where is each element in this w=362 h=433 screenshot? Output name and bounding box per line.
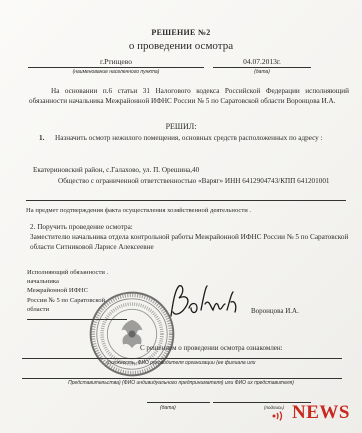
preamble-text: На основании п.6 статьи 31 Налогового ко… bbox=[29, 87, 349, 105]
scanned-document-page: РЕШЕНИЕ №2 о проведении осмотра г.Ртищев… bbox=[0, 0, 362, 433]
item-2-assignee: Заместителю начальника отдела контрольно… bbox=[30, 232, 350, 252]
news-watermark-logo: NEWS bbox=[292, 402, 350, 424]
place-caption: (наименование населенного пункта) bbox=[28, 69, 204, 75]
document-title: РЕШЕНИЕ №2 bbox=[0, 28, 362, 37]
place-field: г.Ртищево bbox=[28, 57, 204, 68]
item-1-number: 1. bbox=[39, 133, 44, 143]
ack-date-caption: (дата) bbox=[160, 405, 176, 411]
inspection-subject: На предмет подтверждения факта осуществл… bbox=[26, 207, 251, 214]
document-subtitle: о проведении осмотра bbox=[0, 40, 362, 52]
item-1-text: Назначить осмотр нежилого помещения, осн… bbox=[55, 134, 323, 142]
ack-date-line bbox=[147, 402, 210, 403]
signatory-name: Воронцова И.А. bbox=[251, 307, 299, 315]
item-2-heading: 2. Поручить проведение осмотра: bbox=[30, 223, 133, 231]
organization-details: Общество с ограниченной ответственностью… bbox=[58, 176, 348, 186]
acknowledgement-caption-2: Представительства) (ФИО индивидуального … bbox=[0, 380, 362, 386]
acknowledgement-caption-1: (должность, ФИО руководителя организации… bbox=[0, 360, 362, 366]
acknowledgement-line bbox=[22, 358, 342, 359]
signatory-line: начальника bbox=[27, 277, 127, 286]
representative-line bbox=[22, 378, 342, 379]
divider bbox=[26, 200, 346, 201]
preamble-paragraph: На основании п.6 статьи 31 Налогового ко… bbox=[29, 86, 349, 106]
handwritten-signature bbox=[165, 282, 245, 322]
inspection-address: Екатериновский район, с.Галахово, ул. П.… bbox=[33, 166, 199, 174]
item-1: 1. Назначить осмотр нежилого помещения, … bbox=[55, 133, 335, 143]
date-caption: (дата) bbox=[213, 69, 311, 75]
date-field: 04.07.2013г. bbox=[213, 57, 311, 68]
decision-heading: РЕШИЛ: bbox=[0, 122, 362, 131]
acknowledgement-text: С решением о проведении осмотра ознакомл… bbox=[140, 344, 283, 352]
signatory-line: Исполняющий обязанности . bbox=[27, 268, 127, 277]
radio-waves-icon bbox=[270, 410, 288, 422]
